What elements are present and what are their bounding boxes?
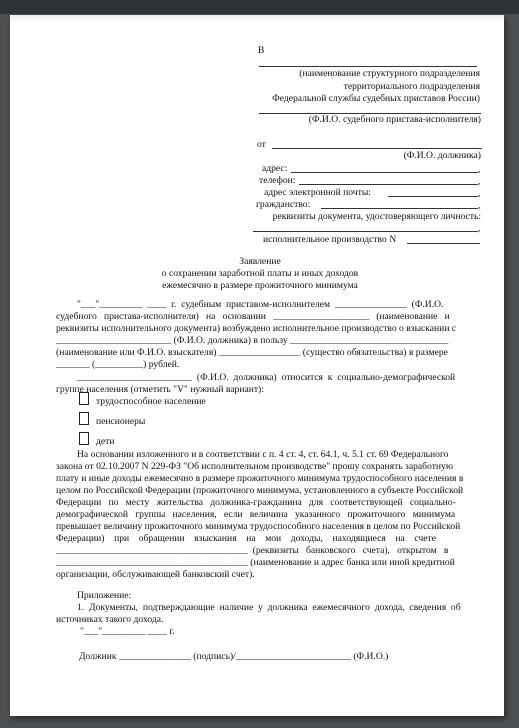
attachment-title: Приложение:	[77, 590, 131, 601]
dept-blank[interactable]	[259, 66, 477, 67]
p3-line-11: организации, обслуживающей банковский сч…	[56, 569, 255, 580]
phone-label: телефон:	[259, 175, 295, 186]
p3-line-10: ________________________________________…	[56, 557, 455, 568]
id-doc-blank[interactable]	[253, 231, 478, 232]
comma: ,	[478, 188, 480, 199]
p3-line-2: закона от 02.10.2007 N 229-ФЗ "Об исполн…	[56, 461, 453, 472]
p3-line-7: превышает величину прожиточного минимума…	[56, 521, 460, 532]
option-label-children: дети	[96, 436, 114, 447]
p1-line-3: реквизиты исполнительного документа) воз…	[56, 323, 456, 334]
p1-line-1: "___"_________ ____ г. судебным приставо…	[77, 299, 443, 310]
p3-line-9: ________________________________________…	[56, 545, 448, 556]
email-blank[interactable]	[388, 196, 478, 197]
p1-line-6: _______ (__________) рублей.	[56, 359, 179, 370]
attachment-line-1: 1. Документы, подтверждающие наличие у д…	[77, 602, 461, 613]
signature-line: Должник _______________ (подпись)/______…	[79, 651, 388, 662]
dept-caption-2: территориального подразделения	[210, 81, 480, 92]
id-doc-label: реквизиты документа, удостоверяющего лич…	[210, 211, 481, 222]
p3-line-4: целом по Российской Федерации (прожиточн…	[56, 485, 463, 496]
option-checkbox-children[interactable]	[79, 432, 89, 445]
address-blank[interactable]	[291, 172, 478, 173]
comma: ,	[478, 164, 480, 175]
p3-line-5: Федерации по месту жительства должника-г…	[56, 497, 456, 508]
debtor-caption: (Ф.И.О. должника)	[210, 150, 481, 161]
citizenship-label: гражданство:	[256, 199, 310, 210]
document-page: В (наименование структурного подразделен…	[10, 15, 504, 716]
bailiff-caption: (Ф.И.О. судебного пристава-исполнителя)	[210, 114, 481, 125]
option-label-pensioners: пенсионеры	[96, 416, 145, 427]
comma: ,	[478, 223, 480, 234]
viewer-toolbar	[0, 0, 519, 14]
option-label-working: трудоспособное население	[96, 396, 206, 407]
p1-line-2: судебного пристава-исполнителя) на основ…	[56, 311, 450, 322]
p2-line-1: ________________________ (Ф.И.О. должник…	[77, 372, 455, 383]
address-label: адрес:	[262, 163, 287, 174]
document-subtitle-1: о сохранении заработной платы и иных дох…	[110, 268, 410, 279]
date-line: "___"_________ ____ г.	[80, 626, 175, 637]
p1-line-5: (наименование или Ф.И.О. взыскателя) ___…	[56, 347, 448, 358]
phone-blank[interactable]	[299, 184, 478, 185]
p3-line-3: плату и иные доходы ежемесячно в размере…	[56, 473, 463, 484]
document-title: Заявление	[110, 256, 410, 267]
document-subtitle-2: ежемесячно в размере прожиточного миниму…	[110, 280, 410, 291]
p3-line-6: демографической группы населения, если в…	[56, 509, 455, 520]
from-label: от	[257, 139, 266, 150]
addressee-to: В	[258, 45, 264, 56]
comma: ,	[478, 176, 480, 187]
comma: ,	[478, 200, 480, 211]
proceedings-number-blank[interactable]	[407, 243, 480, 244]
dept-caption-1: (наименование структурного подразделения	[210, 68, 480, 79]
debtor-name-blank[interactable]	[272, 148, 482, 149]
proceedings-label: исполнительное производство N	[263, 234, 396, 245]
citizenship-blank[interactable]	[321, 208, 478, 209]
attachment-line-2: источниках такого дохода.	[56, 614, 163, 625]
p3-line-1: На основании изложенного и в соответстви…	[77, 449, 448, 460]
dept-caption-3: Федеральной службы судебных приставов Ро…	[210, 93, 480, 104]
email-label: адрес электронной почты:	[264, 187, 371, 198]
option-checkbox-working[interactable]	[79, 392, 89, 405]
p3-line-8: Федерации) при обращении взыскания на мо…	[56, 533, 436, 544]
p1-line-4: ________________________ (Ф.И.О. должник…	[56, 335, 448, 346]
option-checkbox-pensioners[interactable]	[79, 412, 89, 425]
